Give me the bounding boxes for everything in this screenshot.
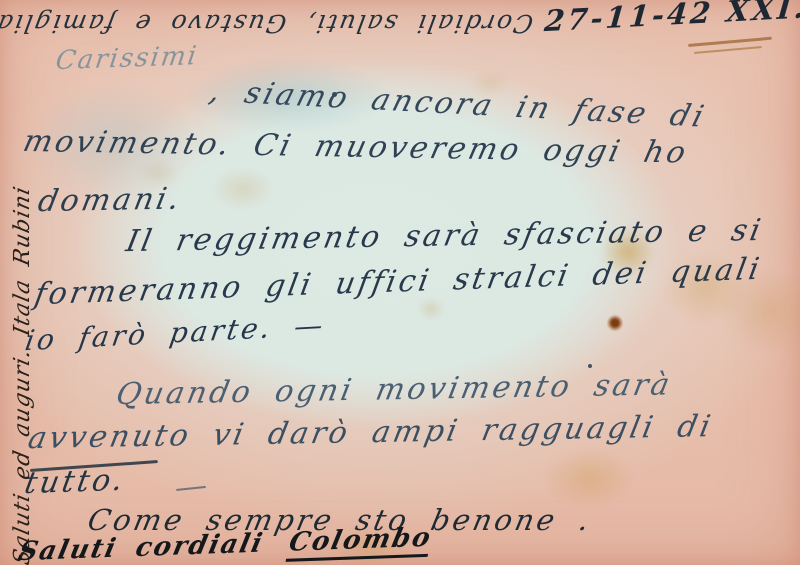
signature-line: Saluti cordialiColombo: [16, 523, 435, 565]
handwritten-line: Quando ogni movimento sarà: [113, 367, 675, 412]
stain: [543, 448, 635, 508]
signature-prefix: Saluti cordiali: [16, 528, 267, 565]
handwritten-line: , siamo ancora in fase di: [206, 74, 710, 135]
stain: [212, 168, 274, 210]
date: 27-11-42 XXI.: [543, 0, 800, 38]
handwritten-line: formeranno gli uffici stralci dei quali: [32, 252, 765, 313]
stain: [418, 298, 444, 320]
salutation: Carissimi: [54, 41, 200, 76]
handwritten-line: io farò parte. —: [23, 308, 328, 357]
date-underline: [694, 46, 762, 54]
pen-stroke: [176, 486, 206, 491]
ink-speck: [588, 364, 592, 368]
handwritten-line: domani.: [35, 182, 185, 220]
handwritten-line: movimento. Ci muoveremo oggi ho: [20, 124, 692, 170]
handwritten-line: Il reggimento sarà sfasciato e si: [123, 213, 766, 259]
signature-name: Colombo: [285, 523, 434, 562]
ink-blot: [607, 315, 623, 331]
handwritten-line: avvenuto vi darò ampi ragguagli di: [25, 409, 716, 456]
postcard: Cordiali saluti, Gustavo e famiglia 27-1…: [0, 0, 800, 565]
upside-down-greeting: Cordiali saluti, Gustavo e famiglia: [25, 4, 537, 42]
